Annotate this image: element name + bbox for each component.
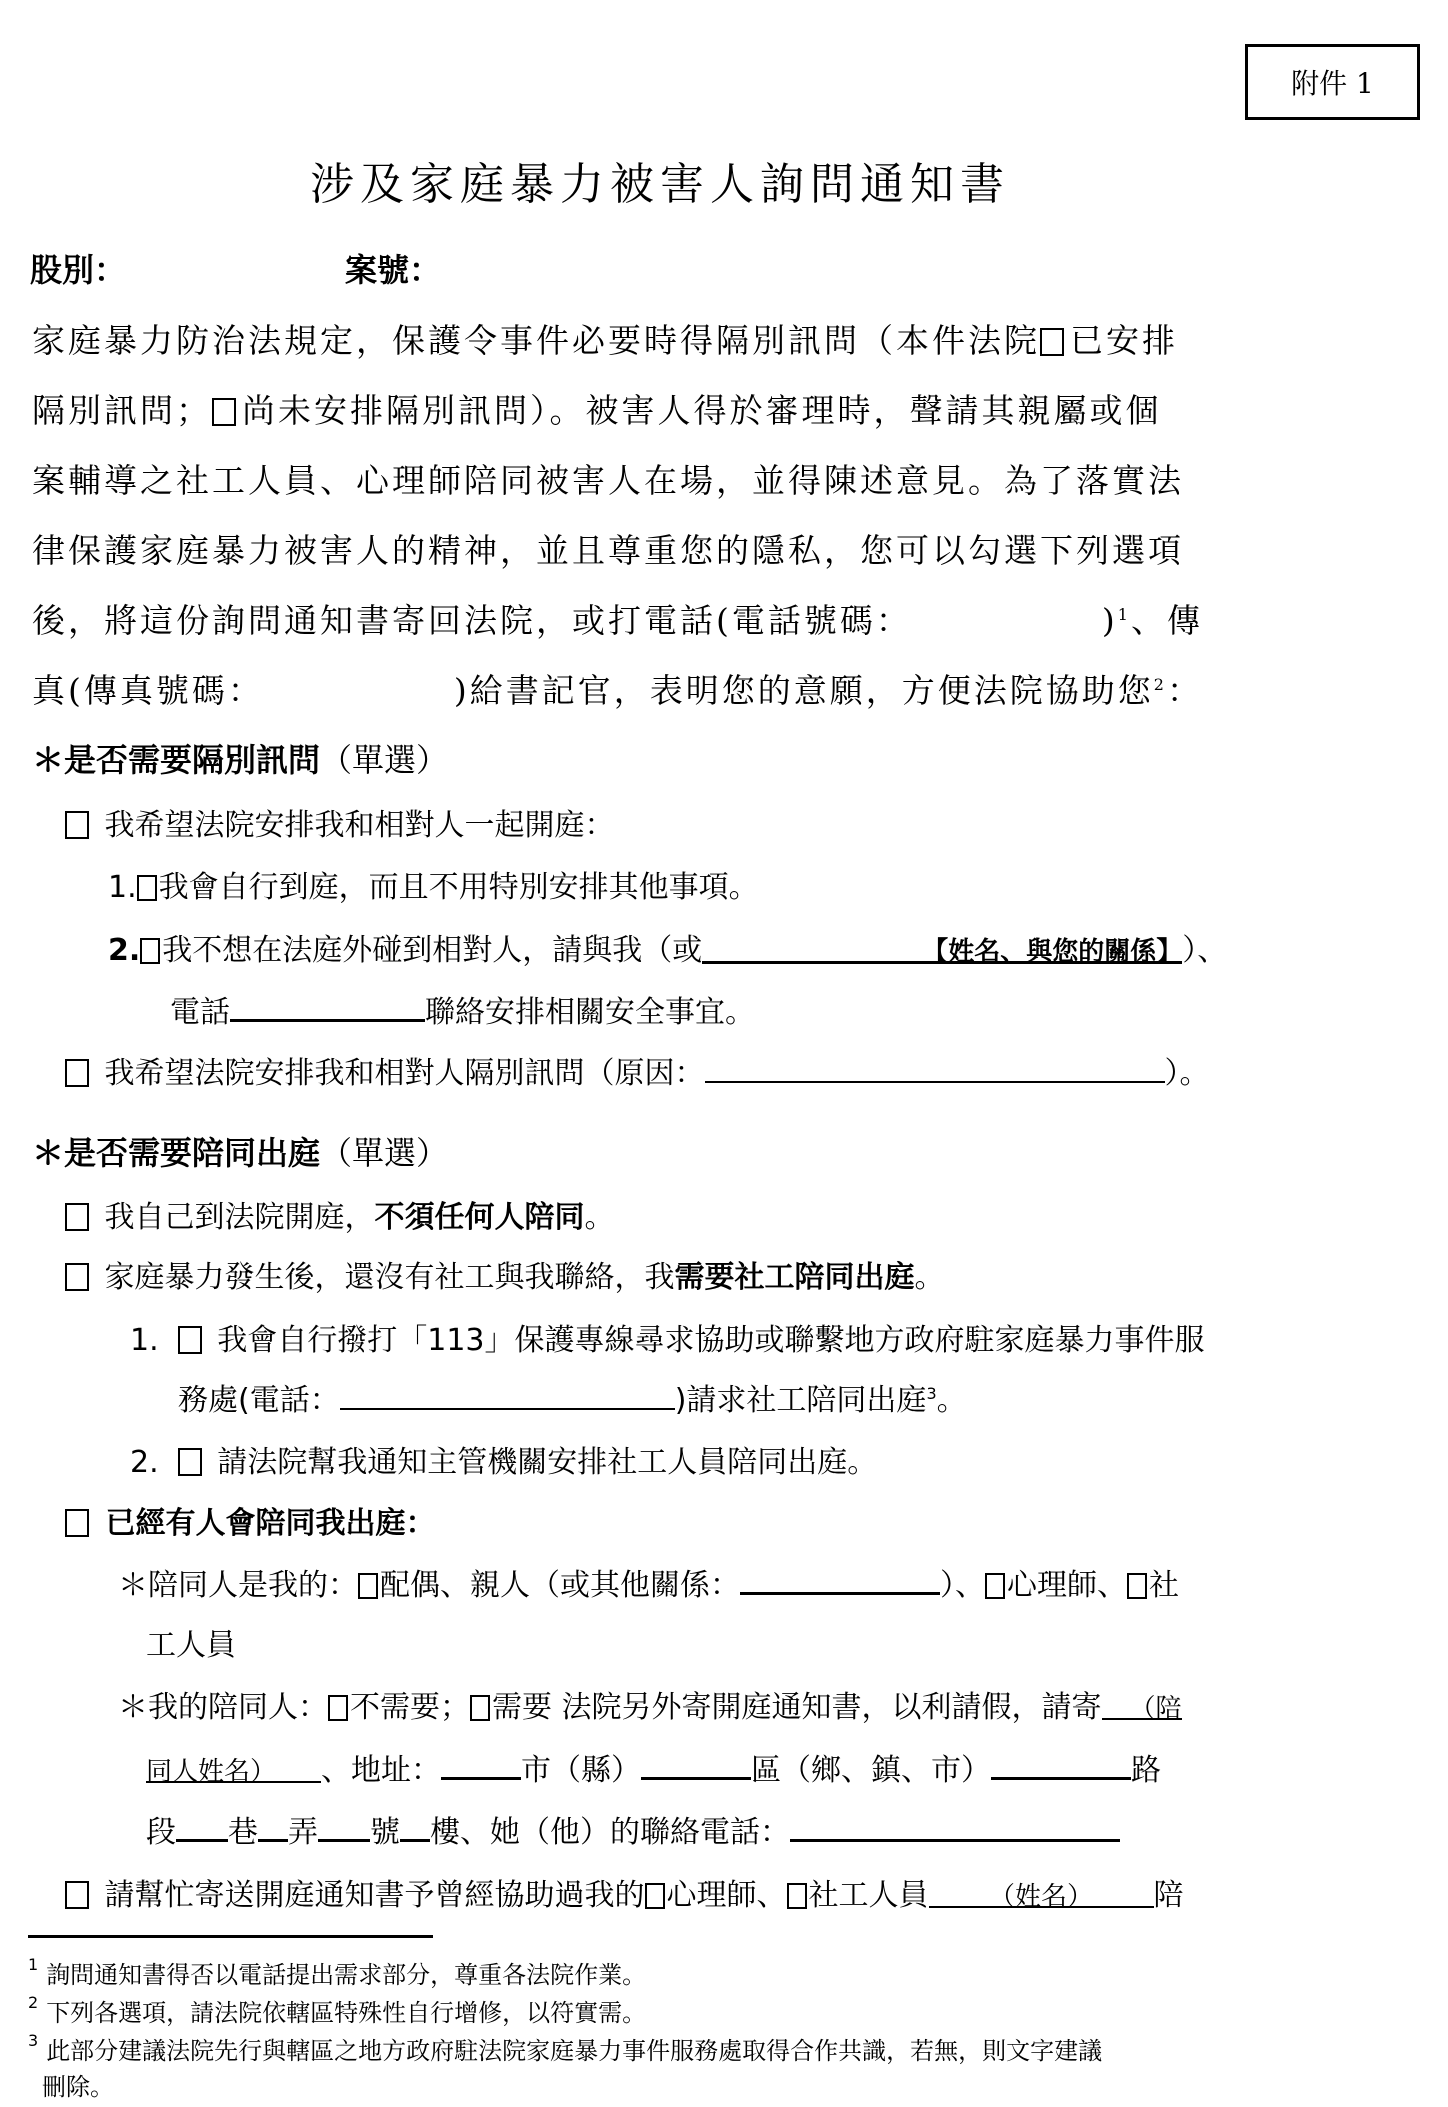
footnote-number: 2	[28, 1993, 38, 2012]
option-already-accompanied: 已經有人會陪同我出庭：	[65, 1498, 435, 1542]
footnote-ref: 1	[1118, 605, 1131, 624]
companion-relation-cont: 工人員	[146, 1620, 236, 1664]
option-label: 、地址：	[321, 1753, 441, 1788]
self-attend-checkbox[interactable]	[137, 875, 157, 901]
intro-text: )	[1102, 601, 1118, 640]
option-no-accompany: 我自己到法院開庭，不須任何人陪同。	[65, 1192, 615, 1236]
court-notify-checkbox[interactable]	[178, 1448, 202, 1476]
division-label: 股別：	[30, 245, 126, 291]
needed-checkbox[interactable]	[470, 1695, 490, 1721]
intro-line-1: 家庭暴力防治法規定，保護令事件必要時得隔別訊問（本件法院已安排	[32, 315, 1178, 362]
option-label: 陪	[1154, 1878, 1184, 1913]
intro-line-2: 隔別訊問；尚未安排隔別訊問）。被害人得於審理時，聲請其親屬或個	[32, 385, 1162, 432]
section-heading: ＊是否需要隔別訊問	[32, 741, 320, 779]
option-label: 聯絡安排相關安全事宜。	[425, 995, 755, 1030]
companion-name-field[interactable]: （陪	[1102, 1688, 1182, 1720]
intro-text: 後，將這份詢問通知書寄回法院，或打電話(電話號碼：	[32, 601, 912, 640]
companion-relation-row: ＊陪同人是我的：配偶、親人（或其他關係：）、心理師、社	[118, 1560, 1179, 1604]
footnote-3-cont: 刪除。	[42, 2067, 114, 2102]
option-label: 。	[915, 1260, 945, 1295]
footnote-3: 3此部分建議法院先行與轄區之地方政府駐法院家庭暴力事件服務處取得合作共識，若無，…	[28, 2031, 1102, 2066]
option-label: 巷	[228, 1815, 258, 1850]
option-label: 弄	[288, 1815, 318, 1850]
send-notice-checkbox[interactable]	[65, 1881, 89, 1909]
option-label: 請幫忙寄送開庭通知書予曾經協助過我的	[105, 1878, 645, 1913]
intro-text: 真(傳真號碼：	[32, 671, 264, 710]
case-number-label: 案號：	[345, 245, 441, 291]
intro-line-5: 後，將這份詢問通知書寄回法院，或打電話(電話號碼：)1、傳	[32, 595, 1203, 642]
need-social-worker-checkbox[interactable]	[65, 1263, 89, 1291]
option-label: 家庭暴力發生後，還沒有社工與我聯絡，我	[105, 1260, 675, 1295]
option-joint-hearing: 我希望法院安排我和相對人一起開庭：	[65, 800, 615, 844]
service-office-phone-field[interactable]	[340, 1378, 675, 1410]
footnote-number: 3	[28, 2031, 38, 2050]
footnote-text: 此部分建議法院先行與轄區之地方政府駐法院家庭暴力事件服務處取得合作共識，若無，則…	[46, 2037, 1102, 2065]
option-self-attend: 1.我會自行到庭，而且不用特別安排其他事項。	[108, 862, 759, 906]
avoid-respondent-checkbox[interactable]	[140, 938, 160, 964]
intro-text: 隔別訊問；	[32, 391, 212, 430]
not-needed-checkbox[interactable]	[328, 1695, 348, 1721]
name-relation-hint: 【姓名、與您的關係】	[922, 937, 1182, 967]
footnote-ref: 3	[926, 1384, 936, 1403]
option-call-113: 1. 我會自行撥打「113」保護專線尋求協助或聯繫地方政府駐家庭暴力事件服	[130, 1315, 1205, 1359]
footnote-text: 下列各選項，請法院依轄區特殊性自行增修，以符實需。	[46, 1999, 646, 2027]
footnote-text: 詢問通知書得否以電話提出需求部分，尊重各法院作業。	[46, 1961, 646, 1989]
companion-name-hint: （陪	[1130, 1694, 1182, 1724]
phone-label: 電話	[170, 995, 230, 1030]
already-accompanied-checkbox[interactable]	[65, 1509, 89, 1537]
intro-text: 、傳	[1131, 601, 1203, 640]
intro-text: 已安排	[1070, 321, 1178, 360]
option-label: 路	[1131, 1753, 1161, 1788]
arranged-checkbox[interactable]	[1040, 328, 1064, 356]
notice-psychologist-checkbox[interactable]	[645, 1883, 665, 1909]
intro-text: 尚未安排隔別訊問）。被害人得於審理時，聲請其親屬或個	[242, 391, 1162, 430]
item-number: 1.	[108, 870, 137, 905]
city-field[interactable]	[441, 1747, 521, 1780]
joint-hearing-checkbox[interactable]	[65, 811, 89, 839]
option-label: 社工人員	[809, 1878, 929, 1913]
option-label: 我會自行到庭，而且不用特別安排其他事項。	[159, 870, 759, 905]
option-label: ）、	[1182, 933, 1227, 968]
option-label: 不需要；	[350, 1690, 470, 1725]
option-label: 。	[585, 1200, 615, 1235]
intro-line-4: 律保護家庭暴力被害人的精神，並且尊重您的隱私，您可以勾選下列選項	[32, 525, 1184, 572]
helper-name-hint: （姓名）	[989, 1882, 1093, 1912]
other-relation-field[interactable]	[740, 1562, 940, 1595]
option-label: 。	[937, 1383, 967, 1418]
footnote-divider	[28, 1935, 433, 1938]
option-label: ＊陪同人是我的：	[118, 1568, 358, 1603]
notice-social-worker-checkbox[interactable]	[787, 1883, 807, 1909]
option-label: 需要 法院另外寄開庭通知書，以利請假，請寄	[492, 1690, 1102, 1725]
option-need-social-worker: 家庭暴力發生後，還沒有社工與我聯絡，我需要社工陪同出庭。	[65, 1252, 945, 1296]
option-label: )請求社工陪同出庭	[675, 1383, 927, 1418]
contact-phone-field[interactable]	[230, 989, 425, 1022]
section-field[interactable]	[176, 1809, 228, 1842]
option-label: 心理師、	[1007, 1568, 1127, 1603]
option-court-notify: 2. 請法院幫我通知主管機關安排社工人員陪同出庭。	[130, 1437, 877, 1481]
footnote-2: 2下列各選項，請法院依轄區特殊性自行增修，以符實需。	[28, 1993, 646, 2028]
intro-line-6: 真(傳真號碼：)給書記官，表明您的意願，方便法院協助您2：	[32, 665, 1203, 712]
companion-phone-field[interactable]	[790, 1809, 1120, 1842]
service-office-phone-row: 務處(電話：)請求社工陪同出庭3。	[178, 1375, 967, 1419]
option-emphasis: 不須任何人陪同	[375, 1200, 585, 1235]
intro-text: ：	[1167, 671, 1203, 710]
companion-name-field-cont[interactable]: 同人姓名）	[146, 1751, 321, 1783]
option-label: 務處(電話：	[178, 1383, 340, 1418]
option-label: 段	[146, 1815, 176, 1850]
companion-name-hint: 同人姓名）	[146, 1757, 276, 1787]
option-label: 樓、她（他）的聯絡電話：	[430, 1815, 790, 1850]
option-emphasis: 需要社工陪同出庭	[675, 1260, 915, 1295]
option-label: 請法院幫我通知主管機關安排社工人員陪同出庭。	[217, 1445, 877, 1480]
single-choice-note: （單選）	[320, 1134, 448, 1172]
road-field[interactable]	[991, 1747, 1131, 1780]
option-label: ）。	[1165, 1056, 1210, 1091]
lane-field[interactable]	[258, 1809, 288, 1842]
document-title: 涉及家庭暴力被害人詢問通知書	[310, 148, 1010, 212]
section-accompany-heading: ＊是否需要陪同出庭（單選）	[32, 1128, 448, 1174]
attachment-label-box: 附件 1	[1245, 44, 1420, 120]
intro-text: 家庭暴力防治法規定，保護令事件必要時得隔別訊問（本件法院	[32, 321, 1040, 360]
address-row-2: 段巷弄號樓、她（他）的聯絡電話：	[146, 1807, 1120, 1851]
option-label: 我希望法院安排我和相對人一起開庭：	[105, 808, 615, 843]
intro-line-3: 案輔導之社工人員、心理師陪同被害人在場，並得陳述意見。為了落實法	[32, 455, 1184, 502]
option-label: 區（鄉、鎮、市）	[751, 1753, 991, 1788]
option-label: 我會自行撥打「113」保護專線尋求協助或聯繫地方政府駐家庭暴力事件服	[217, 1323, 1204, 1358]
footnote-1: 1詢問通知書得否以電話提出需求部分，尊重各法院作業。	[28, 1955, 646, 1990]
attachment-label: 附件 1	[1291, 62, 1374, 102]
psychologist-checkbox[interactable]	[985, 1573, 1005, 1599]
floor-field[interactable]	[400, 1809, 430, 1842]
no-accompany-checkbox[interactable]	[65, 1203, 89, 1231]
option-label: ＊我的陪同人：	[118, 1690, 328, 1725]
contact-phone-row: 電話聯絡安排相關安全事宜。	[170, 987, 755, 1031]
option-separate-questioning: 我希望法院安排我和相對人隔別訊問（原因：）。	[65, 1048, 1210, 1092]
helper-name-field[interactable]: （姓名）	[929, 1876, 1154, 1908]
my-companion-row: ＊我的陪同人：不需要；需要 法院另外寄開庭通知書，以利請假，請寄（陪	[118, 1682, 1182, 1726]
option-avoid-respondent: 2.我不想在法庭外碰到相對人，請與我（或【姓名、與您的關係】）、	[108, 925, 1227, 969]
contact-name-field[interactable]: 【姓名、與您的關係】	[702, 931, 1182, 964]
district-field[interactable]	[641, 1747, 751, 1780]
intro-text: )給書記官，表明您的意願，方便法院協助您	[454, 671, 1154, 710]
option-label: 我不想在法庭外碰到相對人，請與我（或	[162, 933, 702, 968]
social-worker-checkbox[interactable]	[1127, 1573, 1147, 1599]
option-send-notice: 請幫忙寄送開庭通知書予曾經協助過我的心理師、社工人員（姓名）陪	[65, 1870, 1184, 1914]
item-number: 2.	[130, 1445, 159, 1480]
number-field[interactable]	[318, 1809, 370, 1842]
option-label: ）、	[940, 1568, 985, 1603]
section-separate-questioning-heading: ＊是否需要隔別訊問（單選）	[32, 735, 448, 781]
spouse-relative-checkbox[interactable]	[358, 1573, 378, 1599]
option-label: 市（縣）	[521, 1753, 641, 1788]
address-row: 同人姓名）、地址：市（縣）區（鄉、鎮、市）路	[146, 1745, 1161, 1789]
option-label: 社	[1149, 1568, 1179, 1603]
call-113-checkbox[interactable]	[178, 1326, 202, 1354]
item-number: 1.	[130, 1323, 159, 1358]
footnote-number: 1	[28, 1955, 38, 1974]
option-label: 號	[370, 1815, 400, 1850]
option-label: 配偶、親人（或其他關係：	[380, 1568, 740, 1603]
option-label: 已經有人會陪同我出庭：	[105, 1506, 435, 1541]
footnote-ref: 2	[1154, 675, 1167, 694]
not-arranged-checkbox[interactable]	[212, 398, 236, 426]
option-label: 我希望法院安排我和相對人隔別訊問（原因：	[105, 1056, 705, 1091]
option-label: 心理師、	[667, 1878, 787, 1913]
option-label: 我自己到法院開庭，	[105, 1200, 375, 1235]
single-choice-note: （單選）	[320, 741, 448, 779]
separate-questioning-checkbox[interactable]	[65, 1059, 89, 1087]
reason-field[interactable]	[705, 1051, 1165, 1083]
section-heading: ＊是否需要陪同出庭	[32, 1134, 320, 1172]
item-number: 2.	[108, 933, 140, 968]
